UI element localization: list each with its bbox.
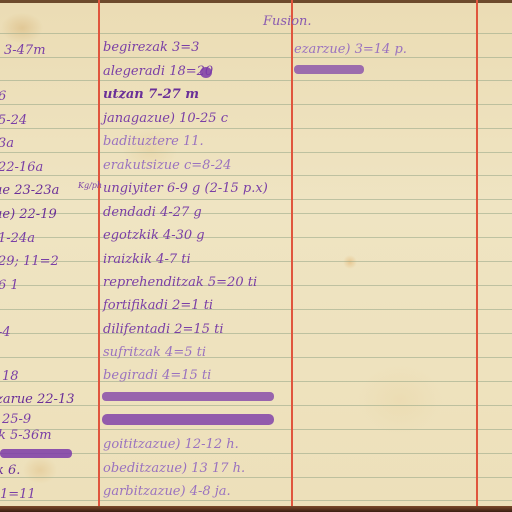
ruled-line bbox=[0, 80, 512, 81]
middle-entry: alegeradi 18=20 bbox=[103, 64, 213, 80]
left-entry: 1-24a bbox=[0, 231, 35, 247]
middle-entry: iraizkik 4-7 ti bbox=[103, 252, 191, 268]
left-entry: 22-16a bbox=[0, 160, 43, 176]
middle-entry: dendadi 4-27 g bbox=[103, 205, 202, 221]
middle-entry: badituztere 11. bbox=[103, 134, 204, 150]
ruled-line bbox=[0, 128, 512, 129]
page-heading: Fusion. bbox=[263, 14, 312, 29]
left-entry: 3a bbox=[0, 136, 14, 152]
left-entry: 5-24 bbox=[0, 113, 27, 129]
ruled-line bbox=[0, 261, 512, 262]
ruled-line bbox=[0, 453, 512, 454]
middle-entry: obeditzazue) 13 17 h. bbox=[103, 461, 245, 477]
ruled-line bbox=[0, 357, 512, 358]
left-entry: ue 23-23a bbox=[0, 183, 59, 199]
middle-entry: ungiyiter 6-9 g (2-15 p.x) bbox=[103, 181, 268, 197]
left-entry: k 6. bbox=[0, 463, 20, 479]
page-bottom-edge bbox=[0, 506, 512, 512]
left-entry: 1=11 bbox=[0, 487, 36, 503]
left-entry: k 5-36m bbox=[0, 428, 52, 444]
middle-entry: erakutsizue c=8-24 bbox=[103, 158, 231, 174]
ruled-line bbox=[0, 57, 512, 58]
left-entry: 6 1 bbox=[0, 278, 19, 294]
ruled-line bbox=[0, 477, 512, 478]
ruled-line bbox=[0, 500, 512, 501]
margin-line-right bbox=[476, 0, 478, 506]
ruled-line bbox=[0, 199, 512, 200]
middle-entry: sufritzak 4=5 ti bbox=[103, 345, 206, 361]
ruled-line bbox=[0, 237, 512, 238]
crossed-out-entry bbox=[0, 449, 72, 458]
left-entry: 18 bbox=[2, 369, 19, 385]
ruled-line bbox=[0, 381, 512, 382]
left-entry: 6 bbox=[0, 89, 6, 105]
middle-entry: garbitzazue) 4-8 ja. bbox=[103, 484, 231, 500]
left-entry: 3-47m bbox=[4, 43, 46, 59]
middle-entry: fortifikadi 2=1 ti bbox=[103, 298, 213, 314]
crossed-out-entry bbox=[294, 65, 364, 74]
left-entry: 25-9 bbox=[2, 412, 31, 428]
ruled-line bbox=[0, 429, 512, 430]
left-annotation: Kg/ph bbox=[78, 182, 102, 190]
ruled-line bbox=[0, 152, 512, 153]
right-entry: ezarzue) 3=14 p. bbox=[294, 42, 407, 58]
ruled-line bbox=[0, 33, 512, 34]
middle-entry: begiradi 4=15 ti bbox=[103, 368, 211, 384]
middle-entry: utzan 7-27 m bbox=[103, 87, 199, 103]
ruled-line bbox=[0, 333, 512, 334]
middle-entry: dilifentadi 2=15 ti bbox=[103, 322, 223, 338]
crossed-out-entry bbox=[102, 392, 274, 401]
margin-line-middle bbox=[291, 0, 293, 506]
middle-entry: goititzazue) 12-12 h. bbox=[103, 437, 239, 453]
middle-entry: egotzkik 4-30 g bbox=[103, 228, 205, 244]
middle-entry: janagazue) 10-25 c bbox=[103, 111, 228, 127]
left-entry: ue) 22-19 bbox=[0, 207, 57, 223]
left-entry: 29; 11=2 bbox=[0, 254, 59, 270]
ink-blot bbox=[200, 67, 212, 78]
middle-entry: begirezak 3=3 bbox=[103, 40, 199, 56]
margin-line-left bbox=[98, 0, 100, 506]
left-entry: -4 bbox=[0, 325, 11, 341]
ruled-line bbox=[0, 104, 512, 105]
ledger-page: Fusion. 3-47m 6 5-24 3a 22-16a ue 23-23a… bbox=[0, 0, 512, 512]
page-top-edge bbox=[0, 0, 512, 3]
crossed-out-entry bbox=[102, 414, 274, 425]
ruled-line bbox=[0, 175, 512, 176]
ruled-line bbox=[0, 405, 512, 406]
left-entry: zarue 22-13 bbox=[0, 392, 75, 408]
middle-entry: reprehenditzak 5=20 ti bbox=[103, 275, 257, 291]
ruled-line bbox=[0, 309, 512, 310]
ruled-line bbox=[0, 213, 512, 214]
